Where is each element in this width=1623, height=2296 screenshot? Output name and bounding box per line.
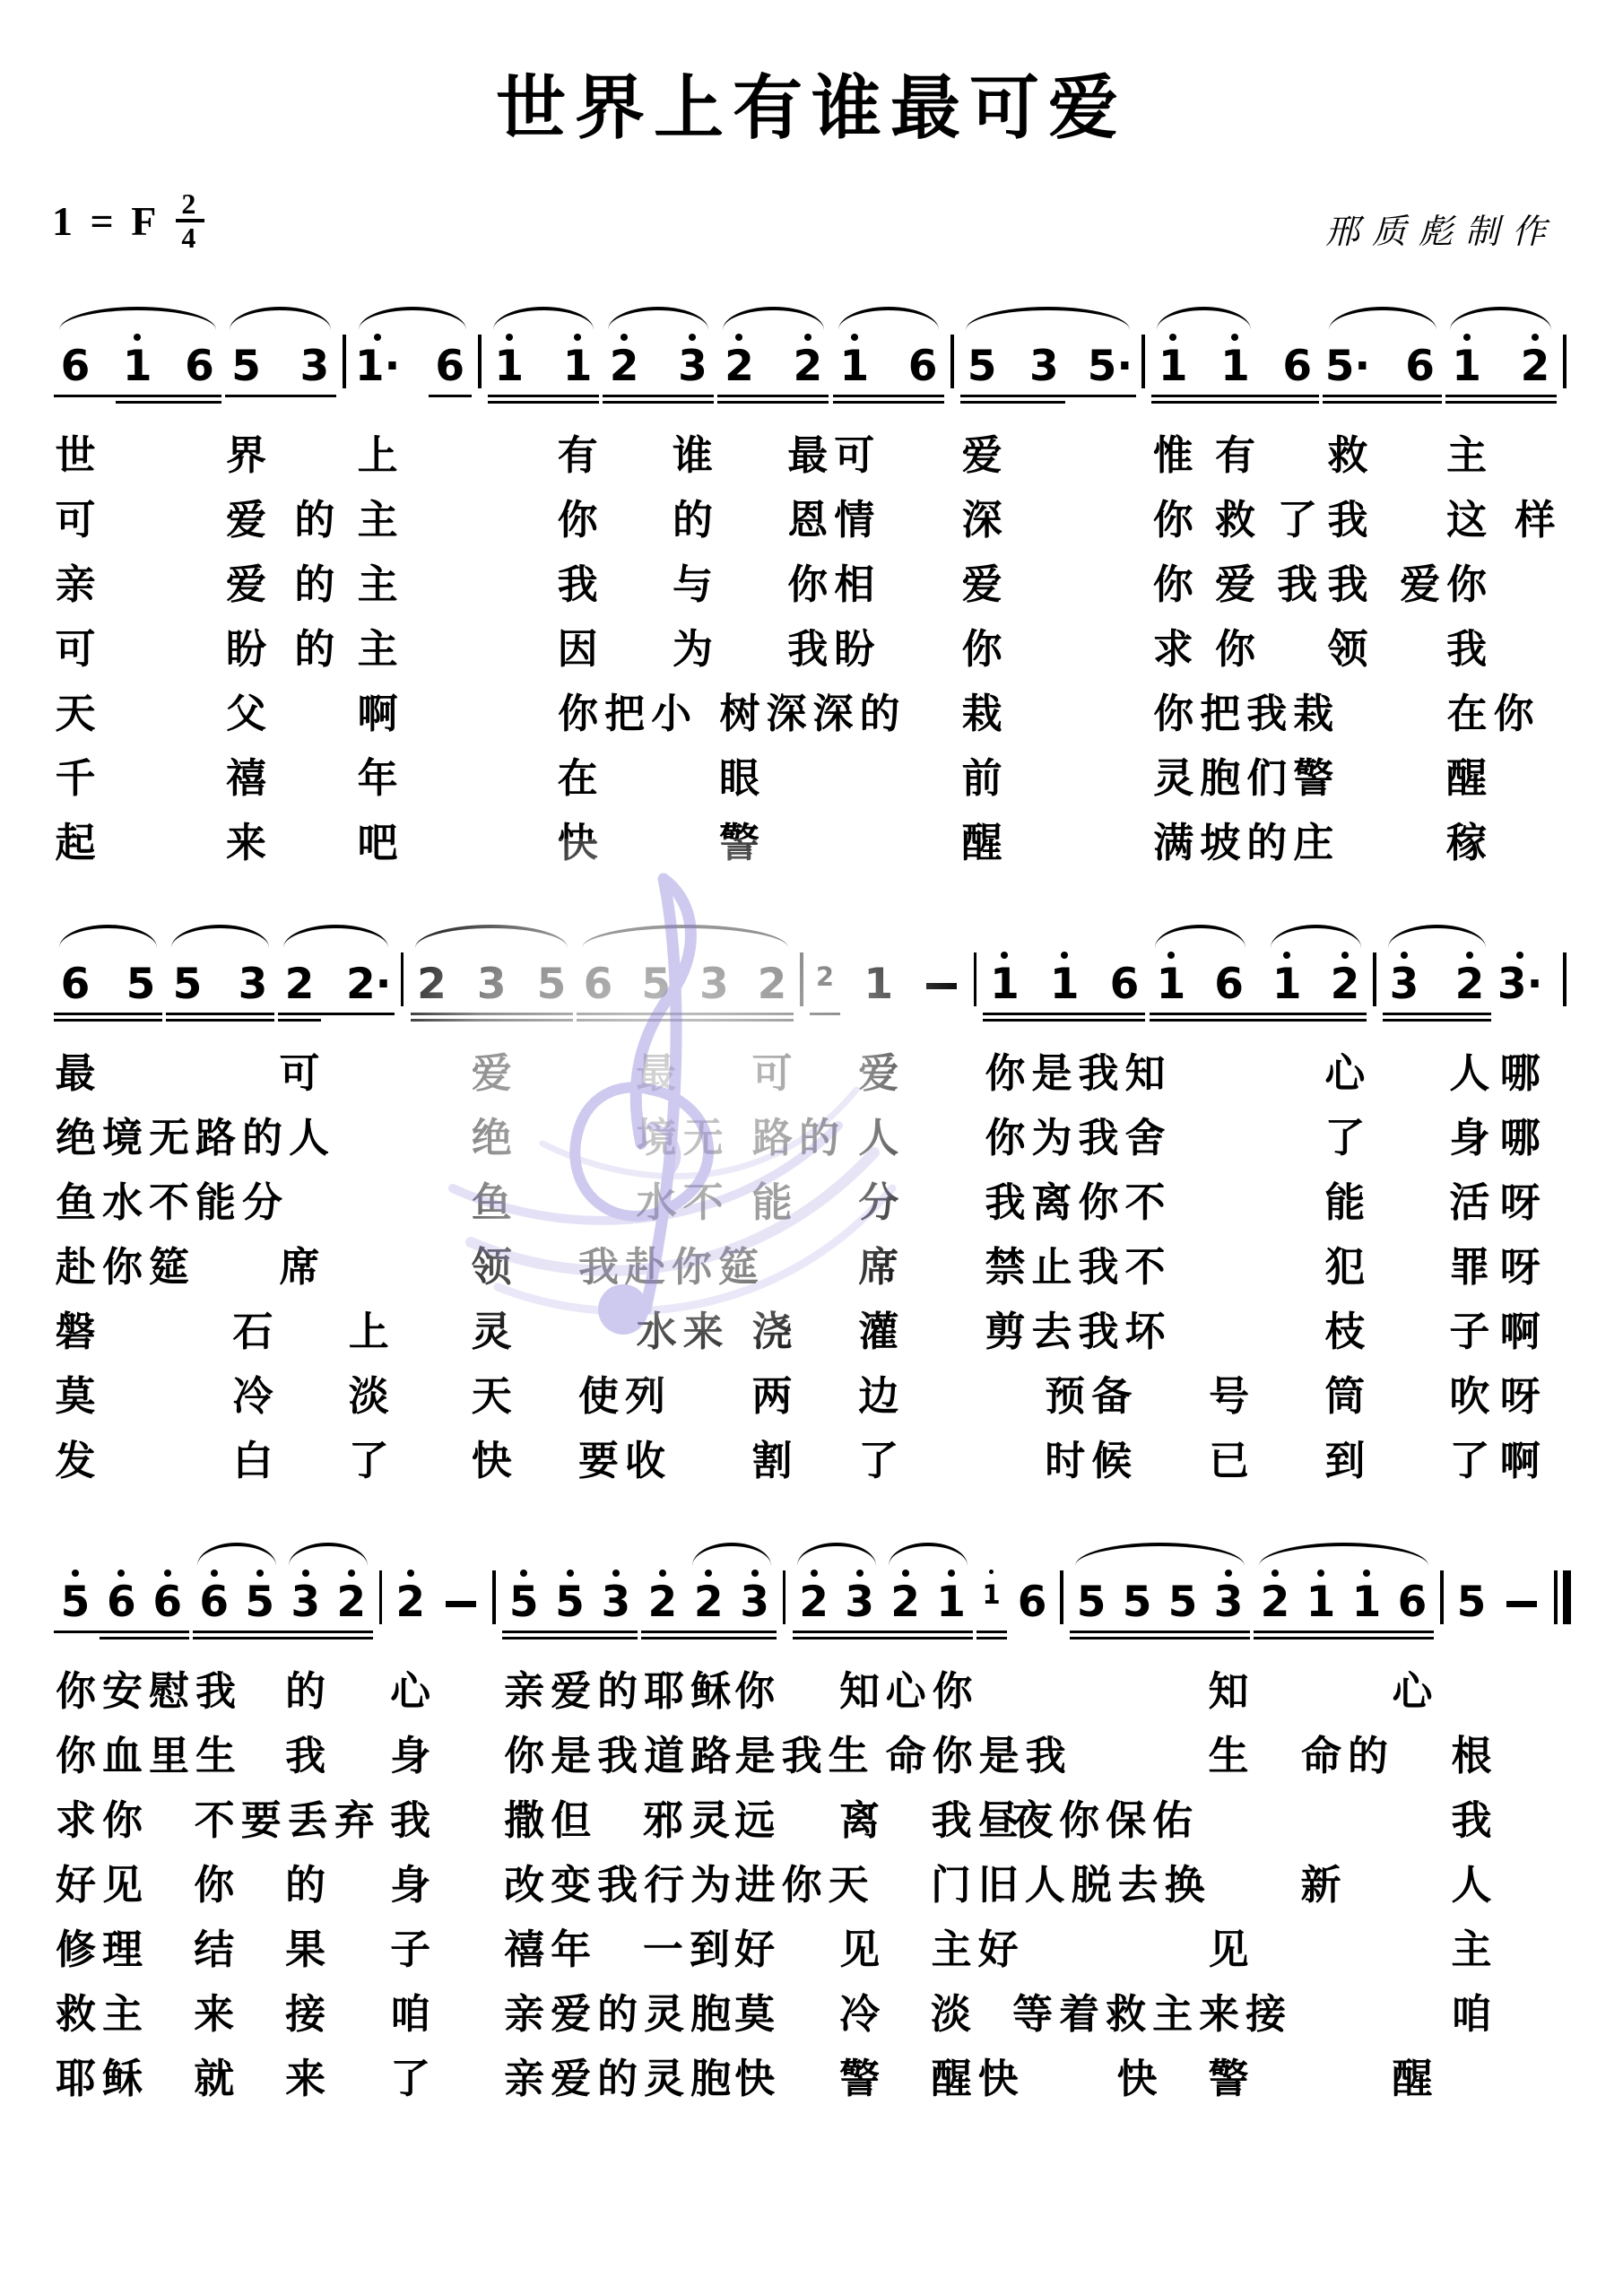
slur-arc: [289, 1543, 367, 1566]
lyric-syllable: 求: [1153, 629, 1193, 669]
lyric-row: 发白了快要收割了时候已到了啊: [52, 1430, 1571, 1494]
beam-line: [603, 401, 714, 404]
note: 1: [116, 332, 159, 388]
barline: [800, 952, 803, 1006]
lyric-syllable: 啊: [1500, 1311, 1541, 1352]
slur-arc: [797, 1543, 875, 1566]
lyric-syllable: 了: [1324, 1118, 1365, 1158]
lyric-syllable: 爱: [858, 1053, 898, 1093]
note-group: 2116: [1252, 1535, 1436, 1648]
octave-dot: [1401, 952, 1408, 959]
note-digit: 5: [170, 963, 205, 1006]
lyric-syllable: 了: [1449, 1440, 1489, 1481]
lyric-syllable: 果: [285, 1929, 325, 1970]
barline: [950, 335, 954, 388]
note-group: 5553: [1068, 1535, 1252, 1648]
lyric-syllable: 呀: [1500, 1376, 1541, 1416]
note-group: 1612: [1148, 918, 1368, 1030]
lyric-syllable: 邪灵: [643, 1800, 736, 1840]
note: 2: [603, 332, 646, 388]
octave-dot: [1167, 952, 1175, 959]
lyric-syllable: 淡: [349, 1376, 389, 1416]
note-group: 65: [52, 918, 164, 1030]
lyric-syllable: 主: [1446, 435, 1487, 475]
octave-dot: [1317, 1570, 1324, 1577]
beam-line: [976, 1631, 1007, 1634]
dash-note: [1506, 1601, 1537, 1607]
lyric-syllable: 来: [194, 1994, 234, 2034]
note-digit: 3: [675, 345, 710, 388]
note: 1: [1150, 950, 1193, 1006]
note-digit: 6: [432, 345, 467, 388]
octave-dot: [567, 1570, 574, 1577]
lyric-syllable: 夜你保佑: [1012, 1800, 1199, 1840]
note-group: 616: [52, 300, 223, 412]
lyric-syllable: 你安慰我: [56, 1671, 242, 1711]
note: 3: [838, 1568, 881, 1624]
lyric-syllable: 我: [1446, 629, 1487, 669]
note-digit: 2: [1328, 963, 1363, 1006]
note: 1: [1043, 950, 1086, 1006]
beam-line: [54, 1631, 189, 1634]
slur-arc: [59, 307, 216, 330]
lyric-syllable: 罪: [1449, 1247, 1489, 1287]
note: 5·: [1323, 332, 1374, 388]
octave-dot: [1516, 952, 1523, 959]
note: 2: [786, 332, 829, 388]
lyric-syllable: 警: [1209, 2058, 1249, 2099]
lyric-syllable: 白: [232, 1440, 273, 1481]
note: 6: [1391, 1568, 1434, 1624]
beam-line: [833, 395, 944, 398]
lyric-syllable: 身: [390, 1865, 430, 1905]
lyric-row: 好见你的身改变我行为进你天门旧人脱去换新人: [52, 1854, 1571, 1918]
note-digit: 5: [534, 963, 569, 1006]
lyric-syllable: 身: [1449, 1118, 1489, 1158]
lyric-syllable: 了: [1277, 500, 1317, 540]
lyric-syllable: 来: [285, 2058, 325, 2099]
system-2: 655322·2356532211161612323· 最可爱最可爱你是我知心人…: [52, 918, 1571, 1494]
lyric-syllable: 禁止我不: [985, 1247, 1171, 1287]
lyric-syllable: 绝: [472, 1118, 512, 1158]
lyric-syllable: 相: [834, 564, 874, 604]
lyric-syllable: 枝: [1324, 1311, 1365, 1352]
note-group: 16: [831, 300, 946, 412]
lyric-syllable: 结: [194, 1929, 234, 1970]
note-digit: 1: [861, 963, 896, 1006]
lyric-syllable: 边: [858, 1376, 898, 1416]
barline-slot: [1436, 1570, 1448, 1648]
note-digit: 5: [1166, 1581, 1201, 1624]
lyric-syllable: 剪去我坏: [985, 1311, 1171, 1352]
notation-line-3: 56665322553223232116555321165: [52, 1535, 1571, 1648]
note-digit: 2: [790, 345, 825, 388]
note-group: 6532: [575, 918, 795, 1030]
lyric-syllable: 你: [734, 1671, 775, 1711]
octave-dot: [804, 334, 811, 341]
beam-line: [810, 1013, 840, 1016]
note-digit: [1497, 1581, 1547, 1607]
lyric-syllable: 救: [1328, 435, 1368, 475]
lyric-syllable: 的: [294, 564, 334, 604]
lyric-syllable: 接: [285, 1994, 325, 2034]
lyric-syllable: 界: [226, 435, 266, 475]
note-group: 2: [387, 1535, 488, 1648]
beam-line: [488, 395, 599, 398]
lyric-syllable: 时候: [1045, 1440, 1138, 1481]
barline-slot: [338, 335, 351, 412]
lyric-syllable: 爱: [962, 435, 1002, 475]
lyric-syllable: 活: [1449, 1182, 1489, 1222]
octave-dot: [705, 1570, 712, 1577]
lyric-syllable: 吧: [358, 822, 398, 863]
note-digit: 6: [1107, 963, 1142, 1006]
slur-arc: [59, 925, 157, 948]
slur-arc: [230, 307, 330, 330]
note: 5: [225, 332, 268, 388]
octave-dot: [1001, 952, 1008, 959]
octave-dot: [348, 1570, 355, 1577]
barline-slot: [488, 1570, 500, 1648]
lyric-syllable: 了: [858, 1440, 898, 1481]
lyric-row: 世界上有谁最可爱惟有救主: [52, 424, 1571, 489]
barline: [1060, 1570, 1063, 1624]
lyric-row: 莫冷淡天使列两边预备号筒吹呀: [52, 1365, 1571, 1430]
note-digit: 2: [646, 1581, 681, 1624]
lyric-syllable: 绝境无路的人: [56, 1118, 335, 1158]
lyric-row: 天父啊你把小树深深的栽你把我栽在你: [52, 683, 1571, 747]
note-group: 21: [808, 918, 968, 1030]
octave-dot: [520, 1570, 527, 1577]
note-group: 3·: [1493, 918, 1558, 1030]
beam-line: [166, 1019, 274, 1022]
lyric-syllable: 爱: [226, 500, 266, 540]
lyric-syllable: 世: [55, 435, 95, 475]
notation-line-2: 655322·2356532211161612323·: [52, 918, 1571, 1030]
note-digit: 5: [124, 963, 159, 1006]
note-digit: 5: [229, 345, 264, 388]
note-digit: 2: [393, 1581, 428, 1624]
lyric-syllable: 你: [558, 500, 598, 540]
lyric-row: 赴你筵席领我赴你筵席禁止我不犯罪呀: [52, 1236, 1571, 1300]
lyric-syllable: 的: [673, 500, 713, 540]
note: 1: [833, 332, 876, 388]
note-digit: 1: [1047, 963, 1082, 1006]
lyric-syllable: 救主: [56, 1994, 149, 2034]
lyric-syllable: 我赴你筵: [578, 1247, 765, 1287]
lyric-syllable: 亲爱的灵胞: [504, 2058, 737, 2099]
lyric-syllable: 到: [1324, 1440, 1365, 1481]
note: 2: [1254, 1568, 1297, 1624]
barline: [1440, 1570, 1444, 1624]
slur-arc: [415, 925, 567, 948]
note-group: 2321: [791, 1535, 975, 1648]
lyric-syllable: 不要丢弃: [195, 1800, 381, 1840]
beam-line: [1383, 1019, 1491, 1022]
page-title: 世界上有谁最可爱: [52, 52, 1571, 152]
note-group: 6532: [191, 1535, 375, 1648]
note-group: 566: [52, 1535, 191, 1648]
lyric-syllable: 醒: [1392, 2058, 1432, 2099]
lyric-syllable: 你: [962, 629, 1002, 669]
barline: [974, 952, 977, 1006]
lyric-syllable: 起: [55, 822, 95, 863]
lyric-syllable: 亲爱的耶稣: [504, 1671, 737, 1711]
lyric-syllable: 我: [1328, 500, 1368, 540]
note-group: 116: [981, 918, 1147, 1030]
note: 6: [1399, 332, 1442, 388]
note-group: 11: [486, 300, 601, 412]
lyric-syllable: 最: [787, 435, 828, 475]
meter-numerator: 2: [176, 188, 204, 222]
octave-dot: [574, 334, 581, 341]
note: 6: [901, 332, 944, 388]
lyric-syllable: 栽: [962, 693, 1002, 734]
lyric-syllable: 醒快: [932, 2058, 1025, 2099]
beam-line: [1445, 395, 1557, 398]
lyric-syllable: 哪: [1500, 1118, 1541, 1158]
lyric-syllable: 路的: [752, 1118, 846, 1158]
octave-dot: [117, 1570, 125, 1577]
note-digit: 3: [737, 1581, 772, 1624]
note-digit: 2: [334, 1581, 369, 1624]
beam-line: [577, 1019, 794, 1022]
lyric-syllable: 分: [858, 1182, 898, 1222]
note: 2: [641, 1568, 684, 1624]
lyric-syllable: 爱: [962, 564, 1002, 604]
slur-arc: [171, 925, 269, 948]
octave-dot: [751, 1570, 759, 1577]
lyric-syllable: 一到: [643, 1929, 736, 1970]
lyric-syllable: 主好: [932, 1929, 1025, 1970]
beam-line: [960, 401, 1065, 404]
lyric-syllable: 主: [358, 564, 398, 604]
note: 6: [429, 332, 472, 388]
note-group: 12: [1444, 300, 1558, 412]
lyric-syllable: 水来: [637, 1311, 730, 1352]
lyric-syllable: 好: [734, 1929, 775, 1970]
octave-dot: [1061, 952, 1068, 959]
note: 3: [470, 950, 513, 1006]
note: 5: [54, 1568, 97, 1624]
lyric-syllable: 树深深的: [719, 693, 906, 734]
lyrics-block-3: 你安慰我的心亲爱的耶稣你知心你知心你血里生我身你是我道路是我生命你是我生命的根求…: [52, 1660, 1571, 2112]
octave-dot: [1271, 1570, 1279, 1577]
octave-dot: [1463, 334, 1471, 341]
lyric-syllable: 生: [1209, 1735, 1249, 1776]
lyric-syllable: 谁: [673, 435, 713, 475]
note-digit: 5: [58, 1581, 93, 1624]
lyric-syllable: 门: [931, 1865, 971, 1905]
slur-arc: [889, 1543, 967, 1566]
barline: [343, 335, 346, 388]
note-digit: 2: [282, 963, 317, 1006]
note-digit: 3: [288, 1581, 323, 1624]
slur-arc: [1388, 925, 1486, 948]
octave-dot: [851, 334, 858, 341]
note-digit: 2·: [343, 963, 395, 1006]
slur-arc: [1329, 307, 1436, 330]
lyric-syllable: 冷: [839, 1994, 880, 2034]
lyric-syllable: 灵: [472, 1311, 512, 1352]
lyric-syllable: 救: [1215, 500, 1255, 540]
note: 3·: [1495, 950, 1546, 1006]
lyric-syllable: 我: [285, 1735, 325, 1776]
lyric-syllable: 满坡的庄: [1153, 822, 1340, 863]
note: 6: [54, 332, 97, 388]
beam-line: [793, 1637, 973, 1640]
note-digit: 1: [1270, 963, 1305, 1006]
beam-line: [641, 1637, 777, 1640]
note: 6: [1011, 1568, 1054, 1624]
lyric-syllable: 耶稣: [56, 2058, 149, 2099]
slur-arc: [966, 307, 1130, 330]
lyric-row: 求你不要丢弃我撒但邪灵远离我昼夜你保佑我: [52, 1789, 1571, 1854]
lyric-syllable: 哪: [1500, 1053, 1541, 1093]
slur-arc: [1259, 1543, 1428, 1566]
lyric-syllable: 你: [1153, 564, 1193, 604]
lyric-syllable: 有: [558, 435, 598, 475]
lyric-syllable: 人: [1449, 1053, 1489, 1093]
lyric-syllable: 我离你不: [985, 1182, 1171, 1222]
note: 3: [733, 1568, 777, 1624]
lyric-syllable: 发: [55, 1440, 95, 1481]
note: 6: [1208, 950, 1251, 1006]
lyric-syllable: 你: [194, 1865, 234, 1905]
slur-arc: [1157, 307, 1251, 330]
barline: [783, 1570, 786, 1624]
barline-slot: [1055, 1570, 1068, 1648]
note-digit: 5·: [1323, 345, 1374, 388]
lyric-syllable: 鱼: [472, 1182, 512, 1222]
lyrics-block-2: 最可爱最可爱你是我知心人哪绝境无路的人绝境无路的人你为我舍了身哪鱼水不能分鱼水不…: [52, 1042, 1571, 1494]
note-digit: 1: [1350, 1581, 1384, 1624]
note: 2·: [343, 950, 395, 1006]
note-digit: 3: [236, 963, 271, 1006]
octave-dot: [989, 1570, 994, 1574]
octave-dot: [902, 1570, 909, 1577]
note: 6: [100, 1568, 143, 1624]
system-3: 56665322553223232116555321165 你安慰我的心亲爱的耶…: [52, 1535, 1571, 2112]
lyric-syllable: 最: [55, 1053, 95, 1093]
lyric-syllable: 稼: [1446, 822, 1487, 863]
beam-line: [278, 1013, 395, 1016]
octave-dot: [256, 1570, 264, 1577]
lyric-syllable: 眼: [719, 758, 759, 798]
barline: [401, 952, 404, 1006]
note-digit: 5·: [1085, 345, 1136, 388]
lyric-row: 鱼水不能分鱼水不能分我离你不能活呀: [52, 1171, 1571, 1236]
lyric-row: 可盼的主因为我盼你求你领我: [52, 618, 1571, 683]
lyric-syllable: 预备: [1045, 1376, 1138, 1416]
lyric-syllable: 就: [194, 2058, 234, 2099]
lyric-row: 磐石上灵水来浇灌剪去我坏枝子啊: [52, 1300, 1571, 1365]
note: 6: [193, 1568, 236, 1624]
note-group: 116: [1150, 300, 1321, 412]
note: 6: [1276, 332, 1319, 388]
note-digit: 1: [1449, 345, 1484, 388]
lyric-syllable: 快: [734, 2058, 775, 2099]
lyric-syllable: 见: [839, 1929, 880, 1970]
beam-line: [577, 1013, 794, 1016]
note-digit: 2: [722, 345, 757, 388]
beam-line: [100, 1637, 189, 1640]
note: 3: [1022, 332, 1065, 388]
lyric-syllable: 筒: [1324, 1376, 1365, 1416]
lyric-syllable: 爱: [472, 1053, 512, 1093]
lyric-syllable: 你把我栽: [1153, 693, 1340, 734]
lyric-syllable: 已: [1209, 1440, 1249, 1481]
lyric-syllable: 主: [1451, 1929, 1491, 1970]
lyric-syllable: 盼: [226, 629, 266, 669]
lyric-syllable: 你: [1153, 500, 1193, 540]
lyric-syllable: 离: [839, 1800, 880, 1840]
lyric-syllable: 快: [472, 1440, 512, 1481]
lyric-syllable: 快: [558, 822, 598, 863]
octave-dot: [506, 334, 513, 341]
note-digit: 1: [979, 1581, 1002, 1608]
lyric-syllable: 你: [1215, 629, 1255, 669]
beam-line: [1150, 1013, 1367, 1016]
barline-slot: [396, 952, 409, 1030]
barline-slot: [1137, 335, 1150, 412]
note-digit: 3: [474, 963, 509, 1006]
lyric-syllable: 我: [390, 1800, 430, 1840]
note-group: 1·6: [351, 300, 473, 412]
note: 1: [1265, 950, 1308, 1006]
lyric-syllable: 啊: [358, 693, 398, 734]
lyric-syllable: 人: [858, 1118, 898, 1158]
octave-dot: [1169, 334, 1176, 341]
lyric-syllable: 呀: [1500, 1182, 1541, 1222]
barline-slot: [473, 335, 486, 412]
lyric-syllable: 天: [55, 693, 95, 734]
lyric-syllable: 你为我舍: [985, 1118, 1171, 1158]
note: 2: [330, 1568, 373, 1624]
barline-slot: [968, 952, 981, 1030]
lyric-syllable: 我: [1451, 1800, 1491, 1840]
note: 2: [278, 950, 321, 1006]
note-digit: 6: [581, 963, 616, 1006]
lyric-syllable: 境无: [637, 1118, 730, 1158]
lyric-syllable: 你: [1446, 564, 1487, 604]
note: 1: [1213, 332, 1256, 388]
beam-line: [793, 1631, 973, 1634]
note: 1: [1345, 1568, 1388, 1624]
barline-slot: [375, 1570, 387, 1648]
note: 5: [960, 332, 1003, 388]
beam-line: [603, 395, 714, 398]
lyric-syllable: 灌: [858, 1311, 898, 1352]
lyric-syllable: 亲爱的灵胞: [504, 1994, 737, 2034]
note-digit: 5: [638, 963, 673, 1006]
note-digit: 3·: [1495, 963, 1546, 1006]
note: 3: [284, 1568, 327, 1624]
note-digit: 1: [120, 345, 155, 388]
lyric-syllable: 鱼水不能分: [56, 1182, 289, 1222]
lyric-syllable: 子: [390, 1929, 430, 1970]
note: 2: [1514, 332, 1557, 388]
note-digit: 5: [507, 1581, 542, 1624]
note: 6: [146, 1568, 189, 1624]
note-group: 16: [975, 1535, 1055, 1648]
slur-arc: [1271, 925, 1361, 948]
beam-line: [1150, 1019, 1367, 1022]
lyric-syllable: 恩: [787, 500, 828, 540]
note: 2: [1448, 950, 1491, 1006]
note-digit: 6: [58, 345, 93, 388]
barline-slot: [1558, 335, 1571, 412]
